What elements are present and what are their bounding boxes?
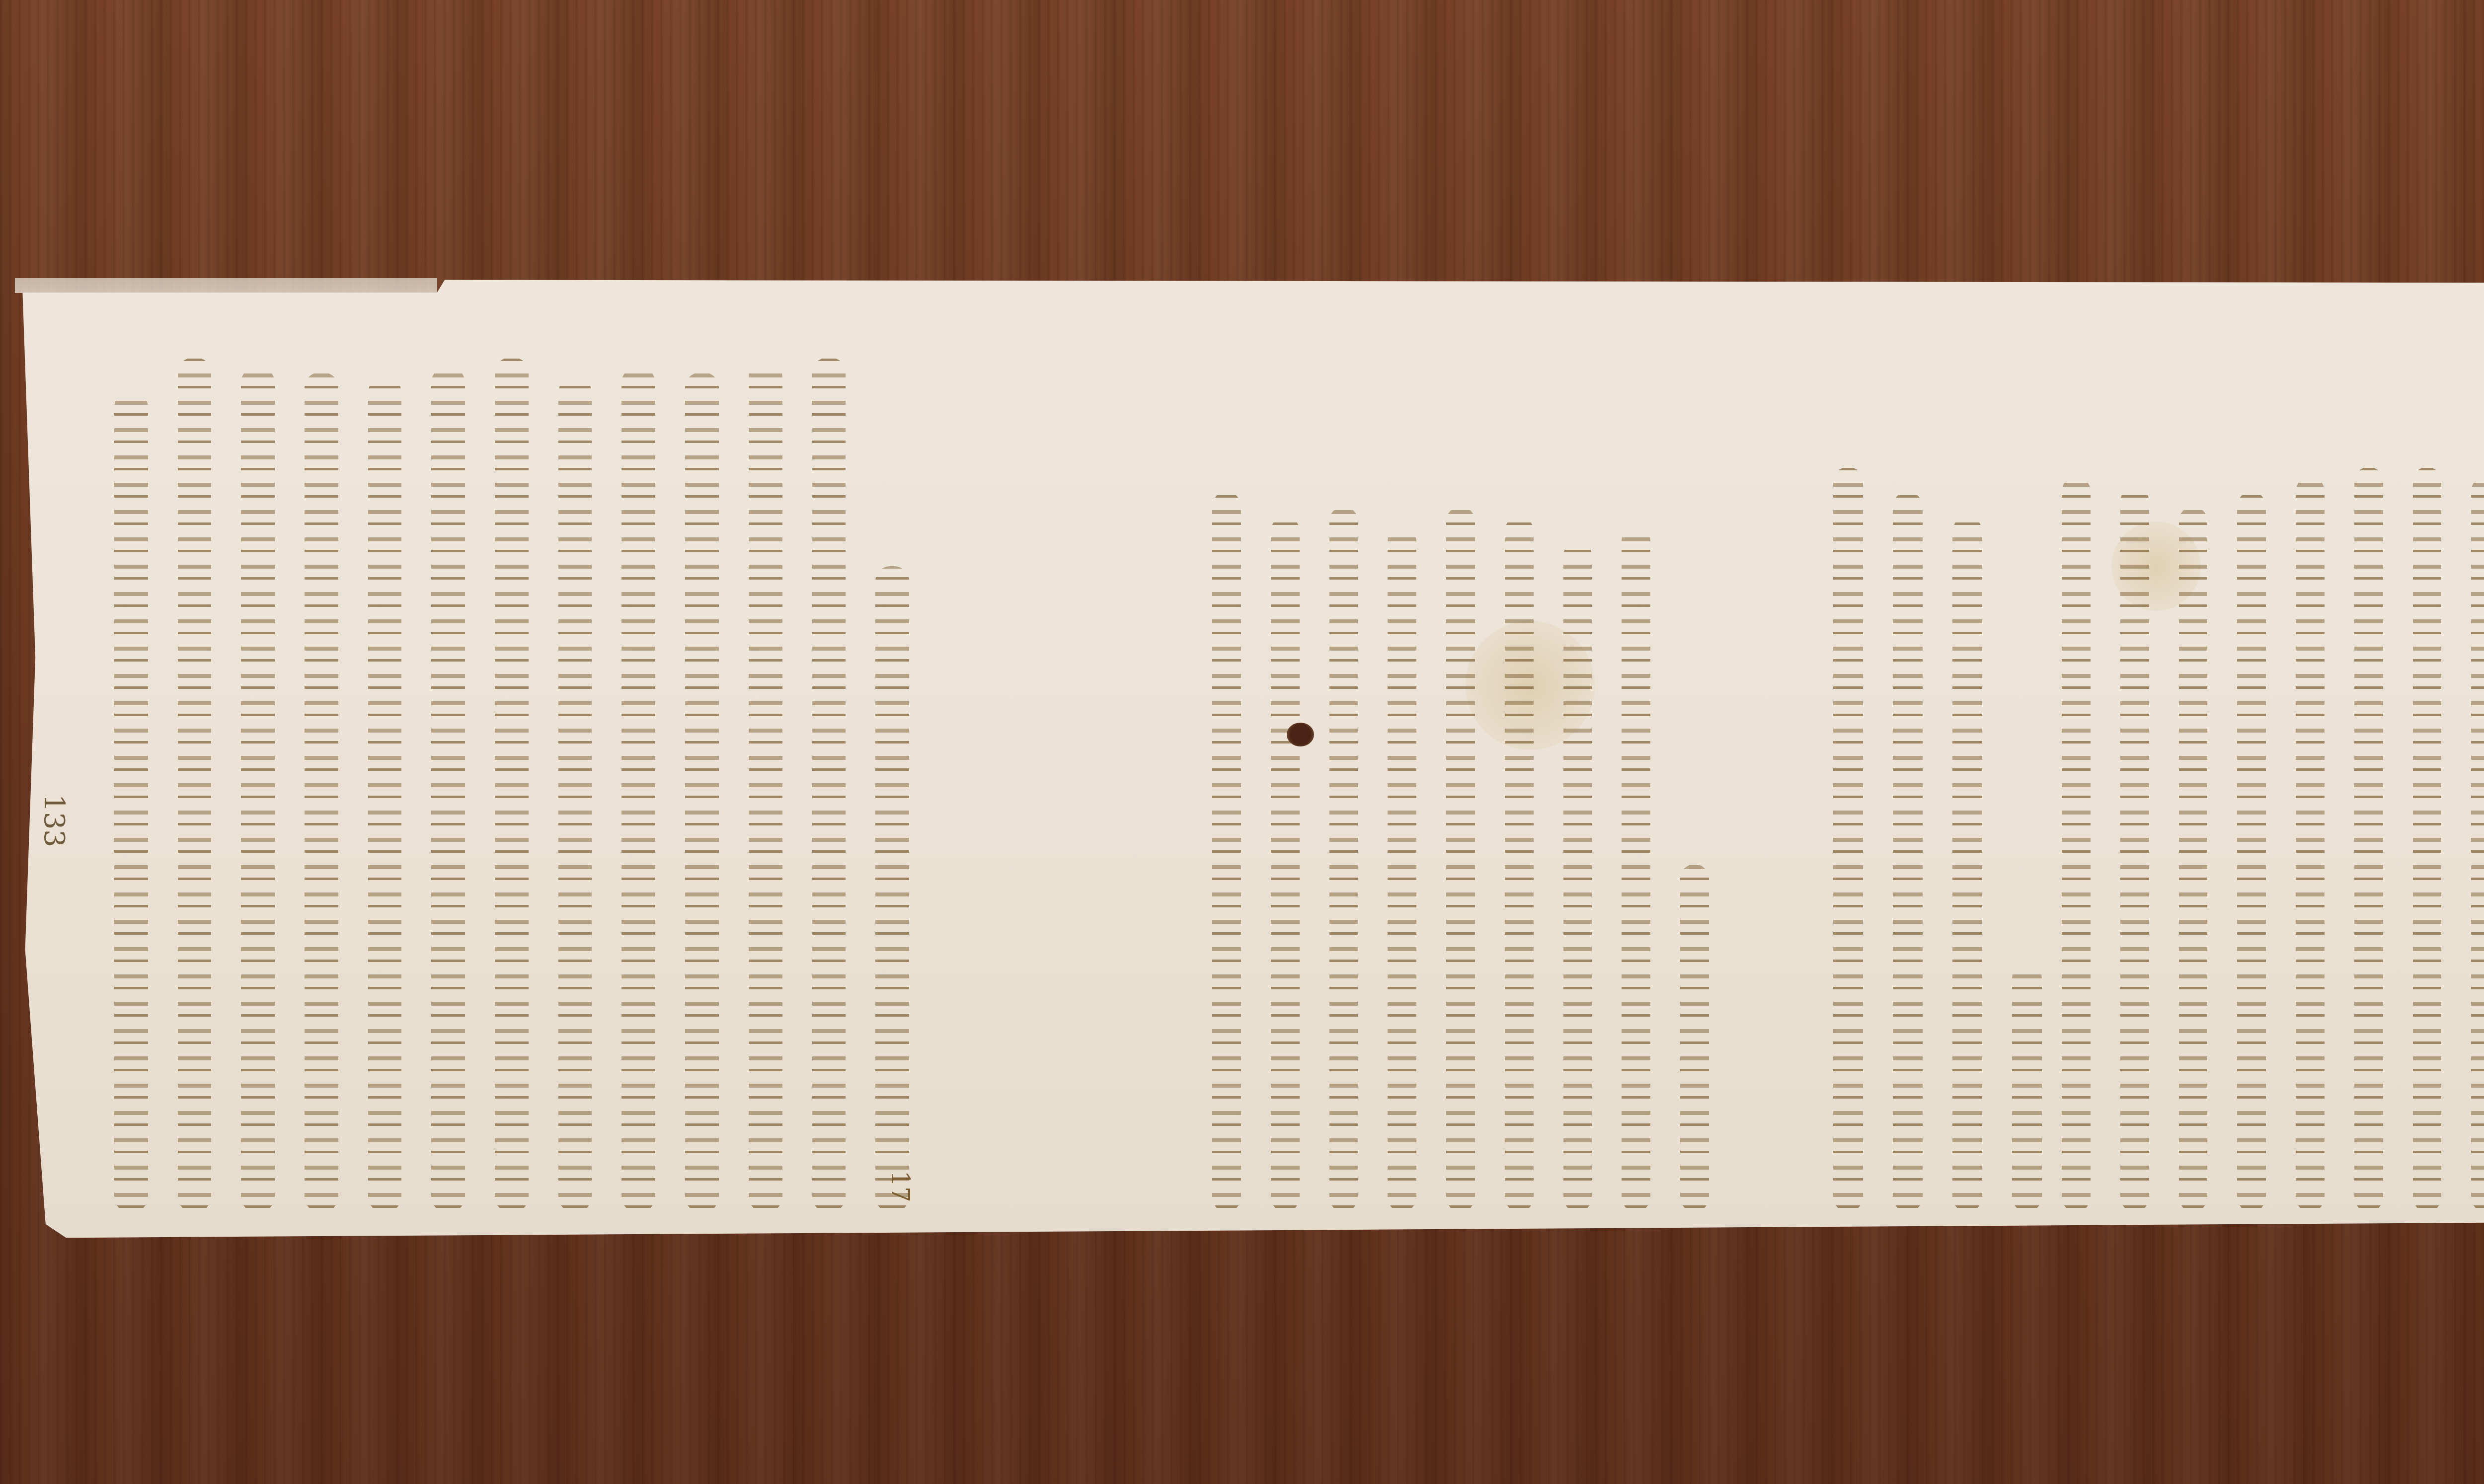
handwritten-line	[114, 392, 148, 1212]
handwritten-line	[2354, 467, 2383, 1212]
handwritten-line	[2471, 477, 2484, 1212]
handwritten-line	[241, 368, 275, 1212]
handwritten-line	[812, 358, 846, 1212]
handwritten-line	[685, 372, 719, 1212]
handwritten-line	[2296, 477, 2325, 1212]
folio-number: 133	[38, 794, 70, 847]
handwritten-line	[1563, 541, 1592, 1212]
handwritten-line	[431, 368, 465, 1212]
text-block-center	[1212, 308, 1709, 1212]
handwritten-line	[875, 566, 909, 1212]
handwritten-line	[749, 363, 782, 1212]
handwritten-line	[495, 358, 529, 1212]
text-block-left	[114, 308, 909, 1212]
folded-edge	[15, 278, 437, 293]
handwritten-line	[1833, 467, 1863, 1212]
handwritten-line	[1271, 517, 1300, 1212]
handwritten-line	[368, 377, 402, 1212]
handwritten-line	[305, 372, 338, 1212]
handwritten-line	[1680, 864, 1709, 1212]
handwritten-line	[1505, 517, 1534, 1212]
handwritten-line	[1893, 492, 1923, 1212]
handwritten-line	[1329, 507, 1358, 1212]
handwritten-line	[2062, 477, 2091, 1212]
handwritten-line	[2012, 964, 2042, 1212]
handwritten-line	[622, 368, 656, 1212]
text-block-right-bottom	[2062, 308, 2484, 1212]
handwritten-line	[178, 358, 212, 1212]
handwritten-line	[1446, 507, 1475, 1212]
handwritten-line	[1952, 517, 1982, 1212]
worm-hole	[1287, 723, 1314, 746]
handwritten-line	[558, 377, 592, 1212]
handwritten-line	[2120, 487, 2149, 1212]
handwritten-line	[1388, 526, 1416, 1212]
handwritten-line	[2237, 492, 2266, 1212]
text-block-right-top	[1833, 308, 2042, 1212]
handwritten-line	[1212, 492, 1241, 1212]
handwritten-line	[1622, 526, 1650, 1212]
handwritten-line	[2179, 507, 2208, 1212]
handwritten-line	[2413, 467, 2442, 1212]
